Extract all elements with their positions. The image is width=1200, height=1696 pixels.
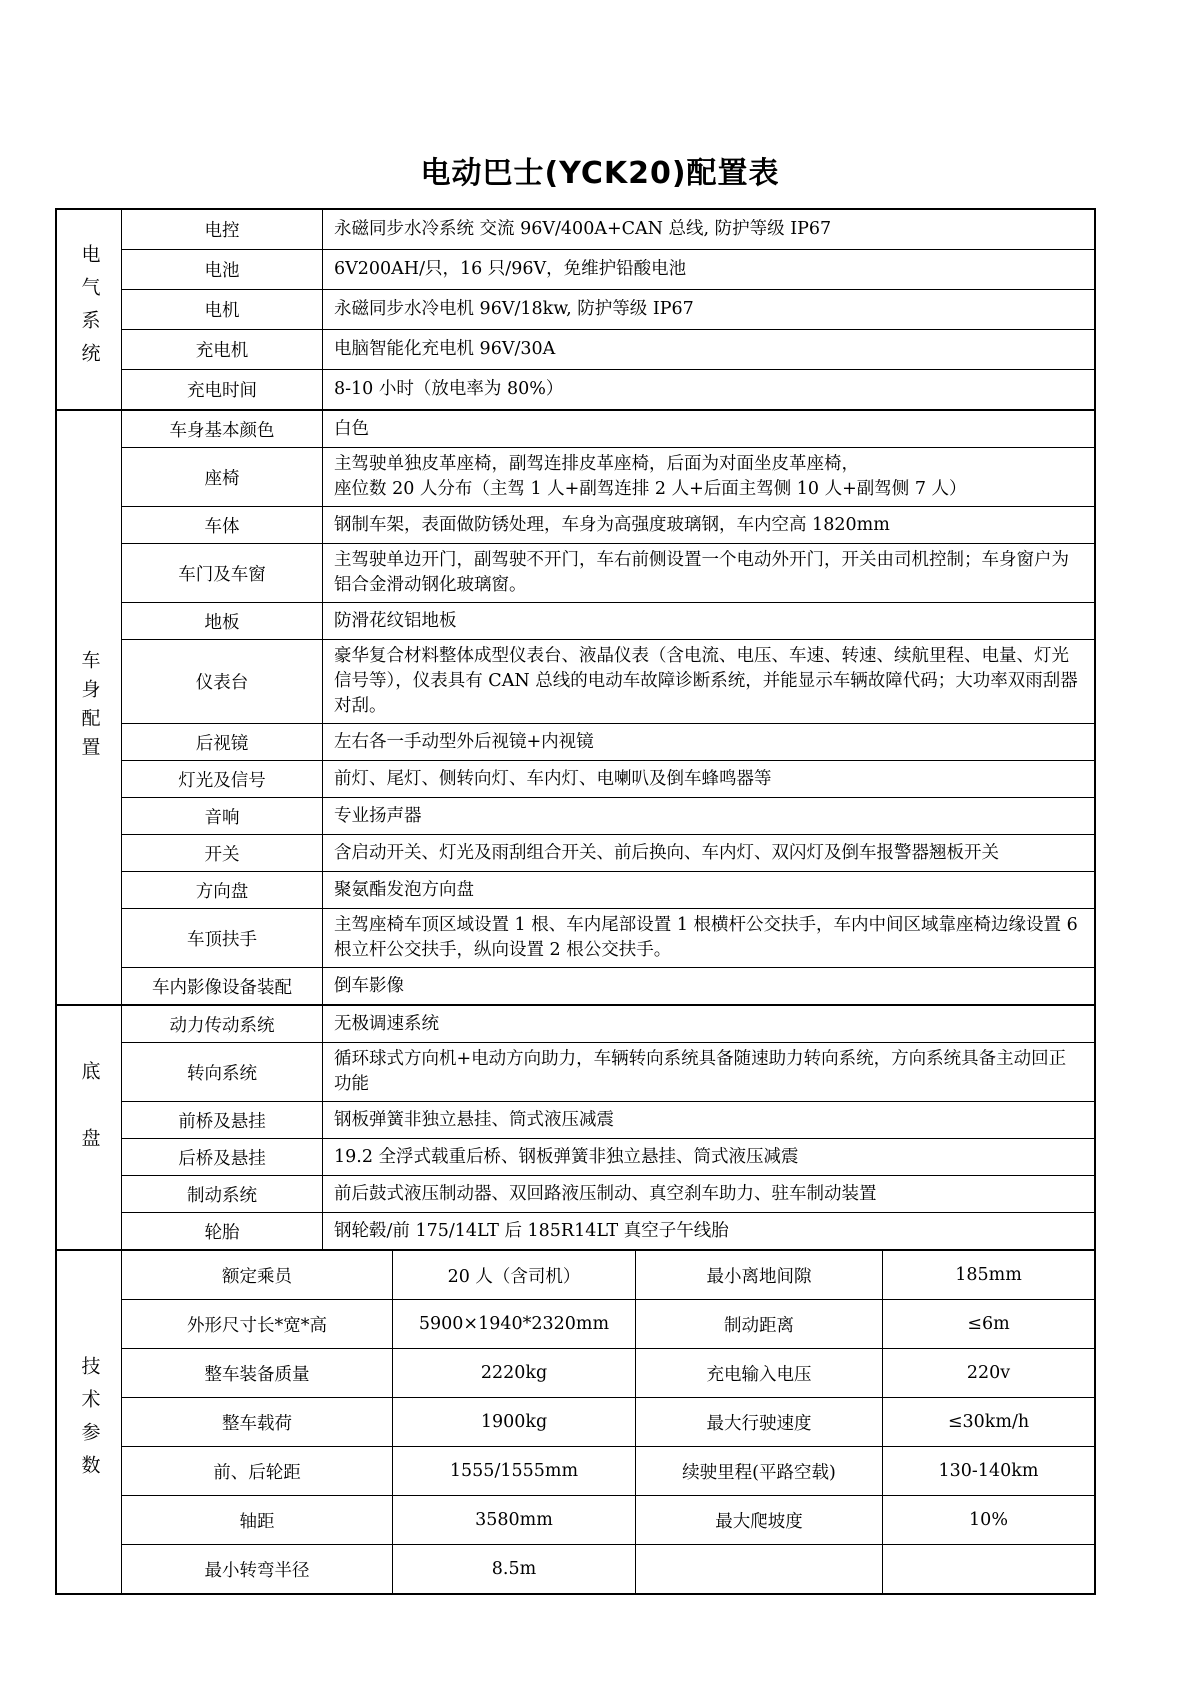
group-cell-technical: 技术参数 [57,1251,122,1593]
param-value: 倒车影像 [323,968,1094,1004]
spec-row: 制动系统 前后鼓式液压制动器、双回路液压制动、真空刹车助力、驻车制动装置 [122,1175,1094,1212]
spec-row: 电控 永磁同步水冷系统 交流 96V/400A+CAN 总线, 防护等级 IP6… [122,210,1094,249]
config-table: 电气系统 电控 永磁同步水冷系统 交流 96V/400A+CAN 总线, 防护等… [55,208,1096,1595]
param-value: 含启动开关、灯光及雨刮组合开关、前后换向、车内灯、双闪灯及倒车报警器翘板开关 [323,835,1094,871]
param-value: ≤6m [883,1300,1094,1348]
param-label: 方向盘 [122,872,323,908]
spec-row: 电池 6V200AH/只，16 只/96V，免维护铅酸电池 [122,249,1094,289]
group-label-chassis: 底盘 [80,1061,99,1195]
param-value [883,1545,1094,1593]
spec-row: 整车载荷 1900kg 最大行驶速度 ≤30km/h [122,1397,1094,1446]
group-cell-electrical: 电气系统 [57,210,122,409]
section-electrical-system: 电气系统 电控 永磁同步水冷系统 交流 96V/400A+CAN 总线, 防护等… [57,210,1094,409]
param-label: 座椅 [122,448,323,506]
param-label: 续驶里程(平路空载) [636,1447,883,1495]
spec-row: 车门及车窗 主驾驶单边开门，副驾驶不开门，车右前侧设置一个电动外开门，开关由司机… [122,543,1094,602]
param-label: 前桥及悬挂 [122,1102,323,1138]
param-value: 钢板弹簧非独立悬挂、筒式液压减震 [323,1102,1094,1138]
spec-row: 轮胎 钢轮毂/前 175/14LT 后 185R14LT 真空子午线胎 [122,1212,1094,1249]
spec-row: 仪表台 豪华复合材料整体成型仪表台、液晶仪表（含电流、电压、车速、转速、续航里程… [122,639,1094,723]
spec-row: 转向系统 循环球式方向机+电动方向助力，车辆转向系统具备随速助力转向系统，方向系… [122,1042,1094,1101]
param-label: 动力传动系统 [122,1006,323,1042]
param-value: 8-10 小时（放电率为 80%） [323,370,1094,409]
spec-row: 车体 钢制车架，表面做防锈处理，车身为高强度玻璃钢，车内空高 1820mm [122,506,1094,543]
page-title: 电动巴士(YCK20)配置表 [0,0,1200,192]
param-label: 电机 [122,290,323,329]
param-value: 前后鼓式液压制动器、双回路液压制动、真空刹车助力、驻车制动装置 [323,1176,1094,1212]
param-value: 220v [883,1349,1094,1397]
param-value: 钢轮毂/前 175/14LT 后 185R14LT 真空子午线胎 [323,1213,1094,1249]
param-label: 最大爬坡度 [636,1496,883,1544]
param-value: 130-140km [883,1447,1094,1495]
spec-row: 座椅 主驾驶单独皮革座椅，副驾连排皮革座椅，后面为对面坐皮革座椅， 座位数 20… [122,447,1094,506]
param-label: 后桥及悬挂 [122,1139,323,1175]
param-value: 3580mm [393,1496,636,1544]
param-label: 电池 [122,250,323,289]
section-body-configuration: 车身配置 车身基本颜色 白色 座椅 主驾驶单独皮革座椅，副驾连排皮革座椅，后面为… [57,409,1094,1004]
param-label: 充电时间 [122,370,323,409]
group-cell-body: 车身配置 [57,411,122,1004]
section-rows: 车身基本颜色 白色 座椅 主驾驶单独皮革座椅，副驾连排皮革座椅，后面为对面坐皮革… [122,411,1094,1004]
section-rows: 电控 永磁同步水冷系统 交流 96V/400A+CAN 总线, 防护等级 IP6… [122,210,1094,409]
param-value: 5900×1940*2320mm [393,1300,636,1348]
section-technical-parameters: 技术参数 额定乘员 20 人（含司机） 最小离地间隙 185mm 外形尺寸长*宽… [57,1249,1094,1593]
param-label: 后视镜 [122,724,323,760]
spec-row: 充电机 电脑智能化充电机 96V/30A [122,329,1094,369]
spec-row: 方向盘 聚氨酯发泡方向盘 [122,871,1094,908]
document-page: 电动巴士(YCK20)配置表 电气系统 电控 永磁同步水冷系统 交流 96V/4… [0,0,1200,1696]
spec-row: 后桥及悬挂 19.2 全浮式载重后桥、钢板弹簧非独立悬挂、筒式液压减震 [122,1138,1094,1175]
param-label: 转向系统 [122,1043,323,1101]
param-value: 19.2 全浮式载重后桥、钢板弹簧非独立悬挂、筒式液压减震 [323,1139,1094,1175]
spec-row: 电机 永磁同步水冷电机 96V/18kw, 防护等级 IP67 [122,289,1094,329]
param-label: 整车载荷 [122,1398,393,1446]
param-label: 最小转弯半径 [122,1545,393,1593]
section-chassis: 底盘 动力传动系统 无极调速系统 转向系统 循环球式方向机+电动方向助力，车辆转… [57,1004,1094,1249]
param-label: 地板 [122,603,323,639]
spec-row: 轴距 3580mm 最大爬坡度 10% [122,1495,1094,1544]
param-value: 聚氨酯发泡方向盘 [323,872,1094,908]
param-value: 专业扬声器 [323,798,1094,834]
param-value: 前灯、尾灯、侧转向灯、车内灯、电喇叭及倒车蜂鸣器等 [323,761,1094,797]
spec-row: 外形尺寸长*宽*高 5900×1940*2320mm 制动距离 ≤6m [122,1299,1094,1348]
spec-row: 开关 含启动开关、灯光及雨刮组合开关、前后换向、车内灯、双闪灯及倒车报警器翘板开… [122,834,1094,871]
spec-row: 音响 专业扬声器 [122,797,1094,834]
param-value: 电脑智能化充电机 96V/30A [323,330,1094,369]
section-rows: 动力传动系统 无极调速系统 转向系统 循环球式方向机+电动方向助力，车辆转向系统… [122,1006,1094,1249]
param-value: 6V200AH/只，16 只/96V，免维护铅酸电池 [323,250,1094,289]
param-value: 主驾座椅车顶区域设置 1 根、车内尾部设置 1 根横杆公交扶手，车内中间区域靠座… [323,909,1094,967]
param-label: 整车装备质量 [122,1349,393,1397]
param-value: 永磁同步水冷系统 交流 96V/400A+CAN 总线, 防护等级 IP67 [323,210,1094,249]
param-value: 无极调速系统 [323,1006,1094,1042]
param-label [636,1545,883,1593]
param-value: 2220kg [393,1349,636,1397]
spec-row: 额定乘员 20 人（含司机） 最小离地间隙 185mm [122,1251,1094,1299]
param-label: 最小离地间隙 [636,1251,883,1299]
param-value: 8.5m [393,1545,636,1593]
param-value: 1555/1555mm [393,1447,636,1495]
group-label-body: 车身配置 [80,650,99,766]
param-value: ≤30km/h [883,1398,1094,1446]
param-value: 钢制车架，表面做防锈处理，车身为高强度玻璃钢，车内空高 1820mm [323,507,1094,543]
param-value: 1900kg [393,1398,636,1446]
group-label-electrical: 电气系统 [80,244,99,376]
param-label: 车身基本颜色 [122,411,323,447]
spec-row: 后视镜 左右各一手动型外后视镜+内视镜 [122,723,1094,760]
param-value: 20 人（含司机） [393,1251,636,1299]
spec-row: 整车装备质量 2220kg 充电输入电压 220v [122,1348,1094,1397]
spec-row: 灯光及信号 前灯、尾灯、侧转向灯、车内灯、电喇叭及倒车蜂鸣器等 [122,760,1094,797]
param-label: 充电输入电压 [636,1349,883,1397]
param-label: 灯光及信号 [122,761,323,797]
param-label: 轮胎 [122,1213,323,1249]
param-value: 10% [883,1496,1094,1544]
param-label: 音响 [122,798,323,834]
param-label: 车顶扶手 [122,909,323,967]
param-label: 车内影像设备装配 [122,968,323,1004]
param-label: 外形尺寸长*宽*高 [122,1300,393,1348]
param-label: 车体 [122,507,323,543]
param-label: 最大行驶速度 [636,1398,883,1446]
param-value: 永磁同步水冷电机 96V/18kw, 防护等级 IP67 [323,290,1094,329]
param-value: 主驾驶单边开门，副驾驶不开门，车右前侧设置一个电动外开门，开关由司机控制；车身窗… [323,544,1094,602]
param-value: 主驾驶单独皮革座椅，副驾连排皮革座椅，后面为对面坐皮革座椅， 座位数 20 人分… [323,448,1094,506]
param-label: 额定乘员 [122,1251,393,1299]
spec-row: 车内影像设备装配 倒车影像 [122,967,1094,1004]
param-label: 仪表台 [122,640,323,723]
param-label: 电控 [122,210,323,249]
param-value: 豪华复合材料整体成型仪表台、液晶仪表（含电流、电压、车速、转速、续航里程、电量、… [323,640,1094,723]
spec-row: 前、后轮距 1555/1555mm 续驶里程(平路空载) 130-140km [122,1446,1094,1495]
group-cell-chassis: 底盘 [57,1006,122,1249]
param-value: 循环球式方向机+电动方向助力，车辆转向系统具备随速助力转向系统，方向系统具备主动… [323,1043,1094,1101]
spec-row: 车身基本颜色 白色 [122,411,1094,447]
param-value: 185mm [883,1251,1094,1299]
param-label: 开关 [122,835,323,871]
param-label: 轴距 [122,1496,393,1544]
param-value: 左右各一手动型外后视镜+内视镜 [323,724,1094,760]
spec-row: 充电时间 8-10 小时（放电率为 80%） [122,369,1094,409]
param-label: 前、后轮距 [122,1447,393,1495]
param-label: 充电机 [122,330,323,369]
param-label: 车门及车窗 [122,544,323,602]
section-rows: 额定乘员 20 人（含司机） 最小离地间隙 185mm 外形尺寸长*宽*高 59… [122,1251,1094,1593]
spec-row: 前桥及悬挂 钢板弹簧非独立悬挂、筒式液压减震 [122,1101,1094,1138]
spec-row: 车顶扶手 主驾座椅车顶区域设置 1 根、车内尾部设置 1 根横杆公交扶手，车内中… [122,908,1094,967]
param-value: 防滑花纹铝地板 [323,603,1094,639]
spec-row: 地板 防滑花纹铝地板 [122,602,1094,639]
param-label: 制动系统 [122,1176,323,1212]
param-label: 制动距离 [636,1300,883,1348]
spec-row: 最小转弯半径 8.5m [122,1544,1094,1593]
param-value: 白色 [323,411,1094,447]
spec-row: 动力传动系统 无极调速系统 [122,1006,1094,1042]
group-label-technical: 技术参数 [80,1356,99,1488]
